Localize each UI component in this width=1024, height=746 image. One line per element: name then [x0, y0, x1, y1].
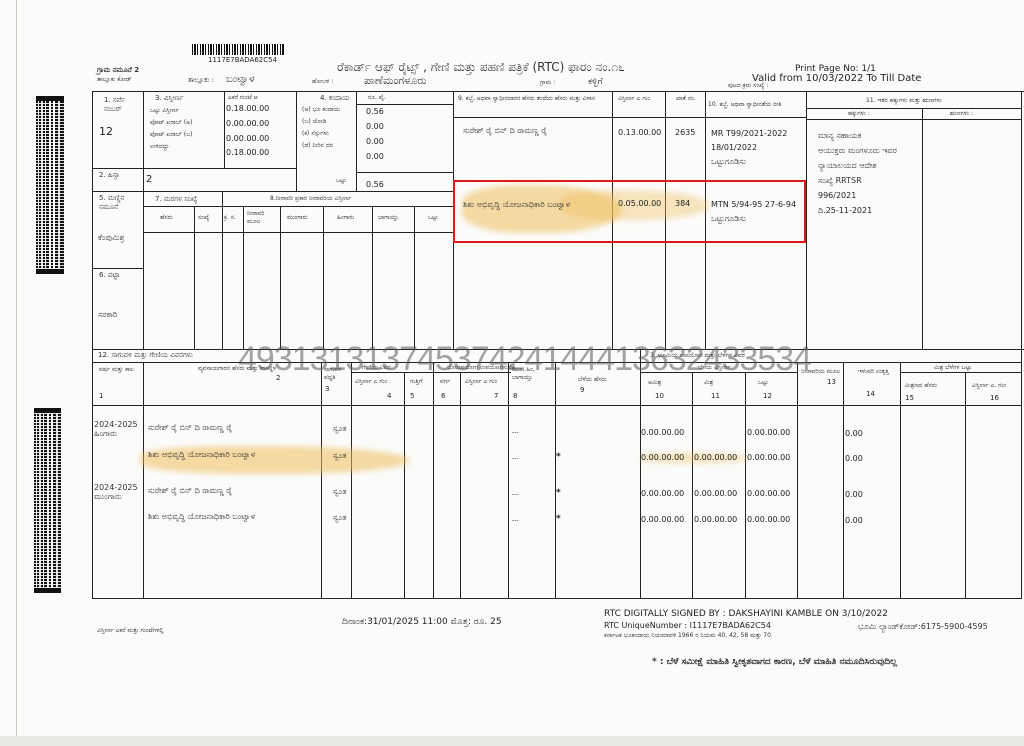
- cultivation-method: ಸ್ವಂತ: [333, 513, 346, 523]
- owner-area: 0.13.00.00: [618, 128, 661, 137]
- grid-line: [143, 91, 144, 349]
- hissa-label: 2. ಹಿಸ್ಸಾ: [99, 171, 120, 180]
- irrigation-col-header: ಬಾಗಾಯ್ತು: [378, 214, 398, 222]
- tax-row-label: (ಕ) ಸೆಸ್ಸುಗಳು: [302, 130, 329, 138]
- tree-label: 7. ಮರಗಳ ಸಂಖ್ಯೆ: [155, 195, 197, 204]
- area-row-label: ಪೋಟ್ ಖರಾಬ್ (ಅ): [150, 119, 192, 127]
- rights-text-line: 996/2021: [818, 191, 856, 200]
- khata-col-label: ಖಾತೆ ನಂ.: [676, 95, 702, 103]
- crop-col-number: 13: [827, 378, 836, 386]
- crop-col-number: 7: [494, 392, 498, 400]
- grid-line: [460, 372, 461, 598]
- tax-row-value: 0.00: [366, 137, 384, 146]
- soil-type-label: 5. ಮಣ್ಣಿನ ನಮೂನೆ: [99, 194, 139, 212]
- yield-value: 0.00: [845, 429, 863, 438]
- grid-line: [900, 362, 901, 598]
- grid-line: [797, 362, 798, 598]
- area-row-label: ಉಳಿದದ್ದು: [150, 143, 169, 151]
- possession-mode-label: 10. ಕಬ್ಜೆ, ಅಥವಾ ಸ್ವಾಧೀನತೆಯ ರೀತಿ: [708, 101, 781, 109]
- rights-text-line: ದಿ.25-11-2021: [818, 206, 872, 216]
- grid-line: [692, 372, 693, 598]
- crop-col-number: 8: [513, 392, 517, 400]
- crop-season-type: ---: [512, 455, 519, 462]
- irrigation-col-header: ಕ್ರ. ಸ.: [224, 214, 236, 222]
- crop-col-number: 15: [905, 394, 914, 402]
- crop-season-type: ---: [512, 491, 519, 498]
- total-area: 0.00.00.00: [747, 515, 790, 524]
- bhoomi-land-code: ಭೂಮಿ ಲ್ಯಾಂಡ್‌ಕೋಡ್:6175-5900-4595: [858, 622, 988, 632]
- rtc-unique-number: RTC UniqueNumber : I1117E7BADA62C54: [604, 621, 771, 630]
- highlight-box: [453, 180, 806, 243]
- mixed-area: 0.00.00.00: [694, 453, 737, 462]
- area-label: 3. ವಿಸ್ತೀರ್ಣ: [155, 94, 183, 103]
- crop-col-number: 6: [441, 392, 445, 400]
- area-row-label: ಪೋಟ್ ಖರಾಬ್ (ಬ): [150, 131, 193, 139]
- tree-col-header: ಸಂಖ್ಯೆ: [198, 214, 209, 222]
- grid-line: [351, 362, 352, 598]
- grid-line: [745, 372, 746, 598]
- irrigation-col-header: ಹಿಂಗಾರು: [337, 214, 354, 222]
- crop-survey-note: * : ಬೆಳೆ ಸಮೀಕ್ಷೆ ಮಾಹಿತಿ ಸ್ವೀಕೃತವಾಗದ ಕಾರಣ…: [652, 657, 897, 667]
- owner-area-col-label: ವಿಸ್ತೀರ್ಣ ಎ ಗುಂ: [618, 95, 662, 103]
- mixed-area: 0.00.00.00: [694, 515, 737, 524]
- grid-line: [92, 168, 296, 169]
- grid-line: [143, 362, 144, 598]
- cultivator-name: ಸುರೇಶ್ ರೈ ಬಿನ್ ದಿ ರಾಮಣ್ಣ ರೈ: [148, 423, 232, 433]
- grid-line: [806, 91, 807, 349]
- mixed-crop-group-label: ಮಿಶ್ರ ಬೆಳೆಗಳ ಒಟ್ಟು: [934, 364, 972, 372]
- tax-row-label: (ಡ) ನೀರಿನ ದರ: [302, 142, 333, 150]
- tax-row-value: 0.56: [366, 107, 384, 116]
- hissa-value: 2: [146, 174, 152, 185]
- tax-total-label: ಒಟ್ಟು: [336, 177, 346, 185]
- unmixed-area: 0.00.00.00: [641, 515, 684, 524]
- crop-season-type: ---: [512, 429, 519, 436]
- owner-name: ಶಿಶು ಅಭಿವೃದ್ಧಿ ಯೋಜನಾಧಿಕಾರಿ ಬಂಟ್ವಾಳ: [463, 198, 603, 211]
- cultivator-name: ಶಿಶು ಅಭಿವೃದ್ಧಿ ಯೋಜನಾಧಿಕಾರಿ ಬಂಟ್ವಾಳ: [148, 448, 318, 461]
- taluk-label: ತಾಲ್ಲೂಕು :: [188, 76, 214, 85]
- total-area: 0.00.00.00: [747, 489, 790, 498]
- possession-ref: MTN 5/94-95 27-6-94: [711, 200, 796, 209]
- crop-col-number: 12: [763, 392, 772, 400]
- grid-line: [280, 206, 281, 349]
- total-area: 0.00.00.00: [747, 453, 790, 462]
- area-row-value: 0.18.00.00: [226, 104, 269, 113]
- tax-row-label: (ಬ) ಜೋಡಿ: [302, 118, 326, 126]
- area-row-label: ಒಟ್ಟು ವಿಸ್ತೀರ್ಣ: [150, 107, 179, 115]
- possession-mode: ಒಟ್ಟುಗೂಡಿಸು: [711, 214, 746, 224]
- scan-bottom-band: [0, 736, 1024, 746]
- grid-line: [356, 104, 453, 105]
- cultivator-name: ಶಿಶು ಅಭಿವೃದ್ಧಿ ಯೋಜನಾಧಿಕಾರಿ ಬಂಟ್ವಾಳ: [148, 510, 318, 523]
- grid-line: [92, 191, 453, 192]
- possession-date: 18/01/2022: [711, 143, 757, 152]
- owner-khata: 2635: [675, 128, 695, 137]
- owner-col-label: 9. ಕಬ್ಜೆ, ಅಥವಾ ಸ್ವಾಧೀನದಾರರ ಹೆಸರು ತಂದೆಯ ಹ…: [458, 95, 608, 103]
- grid-line: [404, 372, 405, 598]
- crop-col-header: ವಿಸ್ತೀರ್ಣ ಎ ಗುಂ: [355, 378, 401, 386]
- soil-type-value: ಕೆಂಪುಮಿಶ್ರ: [98, 233, 124, 243]
- grid-line: [433, 362, 434, 598]
- grid-line: [900, 372, 1021, 373]
- grid-line: [143, 232, 453, 233]
- area-unit-header: ಎಕರೆ ಗುಂಟೆ ಆ: [228, 94, 258, 102]
- grid-line: [372, 206, 373, 349]
- grid-line: [356, 172, 453, 173]
- document-watermark-number: 49313131374537424144413632433534: [238, 340, 811, 379]
- crop-season: 2024-2025 ಮುಂಗಾರು: [94, 483, 142, 502]
- header-barcode: [192, 44, 284, 55]
- crop-col-number: 5: [410, 392, 414, 400]
- grid-line: [555, 362, 556, 598]
- grid-line: [1021, 91, 1022, 599]
- area-row-value: 0.00.00.00: [226, 119, 269, 128]
- grid-line: [356, 91, 357, 191]
- grid-line: [806, 119, 1021, 120]
- cultivation-method: ಸ್ವಂತ: [333, 451, 346, 461]
- grid-line: [965, 372, 966, 598]
- grid-line: [222, 191, 223, 349]
- crop-col-number: 16: [990, 394, 999, 402]
- grid-line: [243, 206, 244, 349]
- unmixed-area: 0.00.00.00: [641, 428, 684, 437]
- tax-row-value: 0.00: [366, 152, 384, 161]
- possession-mode: ಒಟ್ಟುಗೂಡಿಸು: [711, 157, 746, 167]
- form-village-label: ಗ್ರಾಮ ನಮೂನೆ 2: [97, 66, 139, 75]
- tenure-label: 6. ಪಟ್ಟಾ: [99, 271, 120, 280]
- document-title: ರೆಕಾರ್ಡ್ ಆಫ್ ರೈಟ್ಸ್ , ಗೇಣಿ ಮತ್ತು ಪಹಣಿ ಪತ…: [337, 60, 625, 75]
- hobli-value: ಪಾಣೆಮಂಗಳೂರು: [364, 74, 427, 88]
- crop-col-header: ಗುತ್ತಿಗೆ: [410, 378, 422, 386]
- grid-line: [224, 91, 225, 168]
- grid-line: [453, 117, 806, 118]
- mixed-area: 0.00.00.00: [694, 489, 737, 498]
- grid-line: [92, 405, 1021, 406]
- rights-text-line: ನ್ಯಾಯಾಲಯದ ಆದೇಶ: [818, 161, 877, 171]
- grid-line: [92, 91, 1024, 92]
- area-unit-note: ವಿಸ್ತೀರ್ಣ ಎಕರೆ ಮತ್ತು ಗುಂಟೆಗಳಲ್ಲಿ: [97, 627, 164, 635]
- act-reference: ಕರ್ನಾಟಕ ಭೂಕಂದಾಯ ನಿಯಮಾವಳಿ 1966 ರ ನಿಯಮ 40,…: [604, 632, 771, 640]
- cultivation-method: ಸ್ವಂತ: [333, 424, 346, 434]
- grid-line: [640, 349, 641, 598]
- village-value: ಕಳ್ಳಿಗೆ: [588, 77, 603, 87]
- crop-name-asterisk: *: [556, 452, 561, 462]
- tax-label: 4. ಕಂದಾಯ: [320, 94, 350, 103]
- crop-col-number: 4: [387, 392, 391, 400]
- owner-khata: 384: [675, 199, 690, 208]
- digital-signature: RTC DIGITALLY SIGNED BY : DAKSHAYINI KAM…: [604, 609, 888, 619]
- unmixed-area: 0.00.00.00: [641, 489, 684, 498]
- cultivator-name: ಸುರೇಶ್ ರೈ ಬಿನ್ ದಿ ರಾಮಣ್ಣ ರೈ: [148, 486, 232, 496]
- tax-unit-header: ರೂ. ಪೈ.: [368, 94, 386, 102]
- valid-from-date: Valid from 10/03/2022 To Till Date: [752, 73, 921, 84]
- grid-line: [508, 362, 509, 598]
- possession-ref: MR T99/2021-2022: [711, 129, 787, 138]
- grid-line: [143, 206, 453, 207]
- irrigation-col-header: ನೀರಾವರಿ ಮೂಲ: [247, 210, 279, 226]
- crop-col-header: ವರ್ಗ: [440, 378, 450, 386]
- village-label: ಗ್ರಾಮ :: [540, 79, 555, 87]
- tax-total-value: 0.56: [366, 180, 384, 189]
- crop-col-number: 10: [655, 392, 664, 400]
- rtc-document-page: 1117E7BADA62C54 ಗ್ರಾಮ ನಮೂನೆ 2 ತಾಲ್ಲೂಕು ಕ…: [0, 0, 1024, 746]
- grid-line: [843, 362, 844, 598]
- rights-text-line: ಸಂಖ್ಯೆ RRTSR: [818, 176, 862, 186]
- yield-value: 0.00: [845, 490, 863, 499]
- area-row-value: 0.00.00.00: [226, 134, 269, 143]
- tree-col-header: ಹೆಸರು: [160, 214, 173, 222]
- crop-col-header: ಮಿಶ್ರಣದ ಹೆಸರು: [905, 382, 937, 390]
- pdf417-barcode-top: [36, 96, 64, 274]
- grid-line: [414, 206, 415, 349]
- irrigation-col-header: ಮುಂಗಾರು: [287, 214, 308, 222]
- crop-name-asterisk: *: [556, 514, 561, 524]
- crop-col-header: ಅಮಿಶ್ರ: [648, 379, 661, 387]
- hobli-label: ಹೋಬಳಿ :: [312, 78, 333, 86]
- crop-col-header: ಒಟ್ಟು: [758, 379, 768, 387]
- crop-col-number: 11: [711, 392, 720, 400]
- other-rights-label: 11. ಇತರ ಹಕ್ಕುಗಳು ಮತ್ತು ಋಣಗಳು: [866, 97, 942, 105]
- grid-line: [922, 108, 923, 349]
- rights-text-line: ಮಾನ್ಯ ಸಹಾಯಕ: [818, 131, 861, 141]
- crop-col-header: ಮಿಶ್ರ: [704, 379, 713, 387]
- area-row-value: 0.18.00.00: [226, 148, 269, 157]
- rights-label: ಹಕ್ಕುಗಳು :: [848, 110, 870, 118]
- crop-col-number: 1: [99, 392, 103, 400]
- grid-line: [323, 206, 324, 349]
- barcode-id: 1117E7BADA62C54: [208, 56, 277, 64]
- irrigation-col-header: ಒಟ್ಟು: [428, 214, 438, 222]
- page-edge: [16, 0, 17, 746]
- grid-line: [92, 268, 143, 269]
- grid-line: [92, 598, 1021, 599]
- grid-line: [321, 362, 322, 598]
- crop-season-type: ---: [512, 517, 519, 524]
- crop-name-asterisk: *: [556, 488, 561, 498]
- crop-section-title: 12. ಸಾಗುವಳಿ ಮತ್ತು ಗೇಣಿಯ ವಿವರಗಳು: [98, 351, 193, 360]
- tax-row-value: 0.00: [366, 122, 384, 131]
- survey-no-value: 12: [99, 125, 113, 138]
- crop-col-number: 9: [580, 386, 584, 394]
- liabilities-label: ಋಣಗಳು :: [950, 110, 973, 118]
- tenure-value: ಸರಕಾರಿ: [98, 310, 117, 320]
- crop-col-header: ವಿಸ್ತೀರ್ಣ ಎ. ಗುಂ: [972, 382, 1006, 390]
- crop-col-header: ವಿಸ್ತೀರ್ಣ ಎ ಗುಂ: [465, 378, 505, 386]
- crop-col-header: ವರ್ಷ ಮತ್ತು ಕಾಲ: [99, 366, 139, 374]
- taluk-code-label: ತಾಲ್ಲೂಕು ಕೋಡ್: [97, 76, 132, 84]
- grid-line: [296, 91, 297, 191]
- tax-row-label: (ಅ) ಭೂ ಕಂದಾಯ: [302, 106, 340, 114]
- yield-value: 0.00: [845, 454, 863, 463]
- crop-season: 2024-2025 ಹಿಂಗಾರು: [94, 420, 142, 439]
- pdf417-barcode-bottom: [34, 408, 61, 593]
- owner-area: 0.05.00.00: [618, 199, 661, 208]
- date-and-fee: ದಿನಾಂಕ:31/01/2025 11:00 ಮೊತ್ತ: ರೂ. 25: [342, 617, 502, 627]
- survey-no-label: 1. ಸರ್ವೆ ನಂಬರ್: [104, 96, 140, 114]
- page-serial-label: ಪುಟದ ಕ್ರಮ ಸಂಖ್ಯೆ :: [728, 82, 768, 90]
- yield-value: 0.00: [845, 516, 863, 525]
- crop-col-number: 3: [325, 385, 329, 393]
- cultivation-method: ಸ್ವಂತ: [333, 487, 346, 497]
- crop-col-number: 14: [866, 390, 875, 398]
- total-area: 0.00.00.00: [747, 428, 790, 437]
- grid-line: [194, 206, 195, 349]
- crop-col-header: ಇಳುವರಿ ಉತ್ಪತ್ತಿ: [858, 368, 896, 376]
- owner-name: ಸುರೇಶ್ ರೈ ಬಿನ್ ದಿ ರಾಮಣ್ಣ ರೈ: [463, 126, 603, 136]
- grid-line: [806, 108, 1021, 109]
- rights-text-line: ಆಯುಕ್ತರು ಮಂಗಳೂರು ಇವರ: [818, 146, 897, 156]
- irrigation-label: 8.ನೀರಾವರಿ ಪ್ರಕಾರ ನೀರಾವರಿಯ ವಿಸ್ತೀರ್ಣ: [270, 195, 351, 203]
- unmixed-area: 0.00.00.00: [641, 453, 684, 462]
- taluk-value: ಬಂಟ್ವಾಳ: [226, 74, 255, 85]
